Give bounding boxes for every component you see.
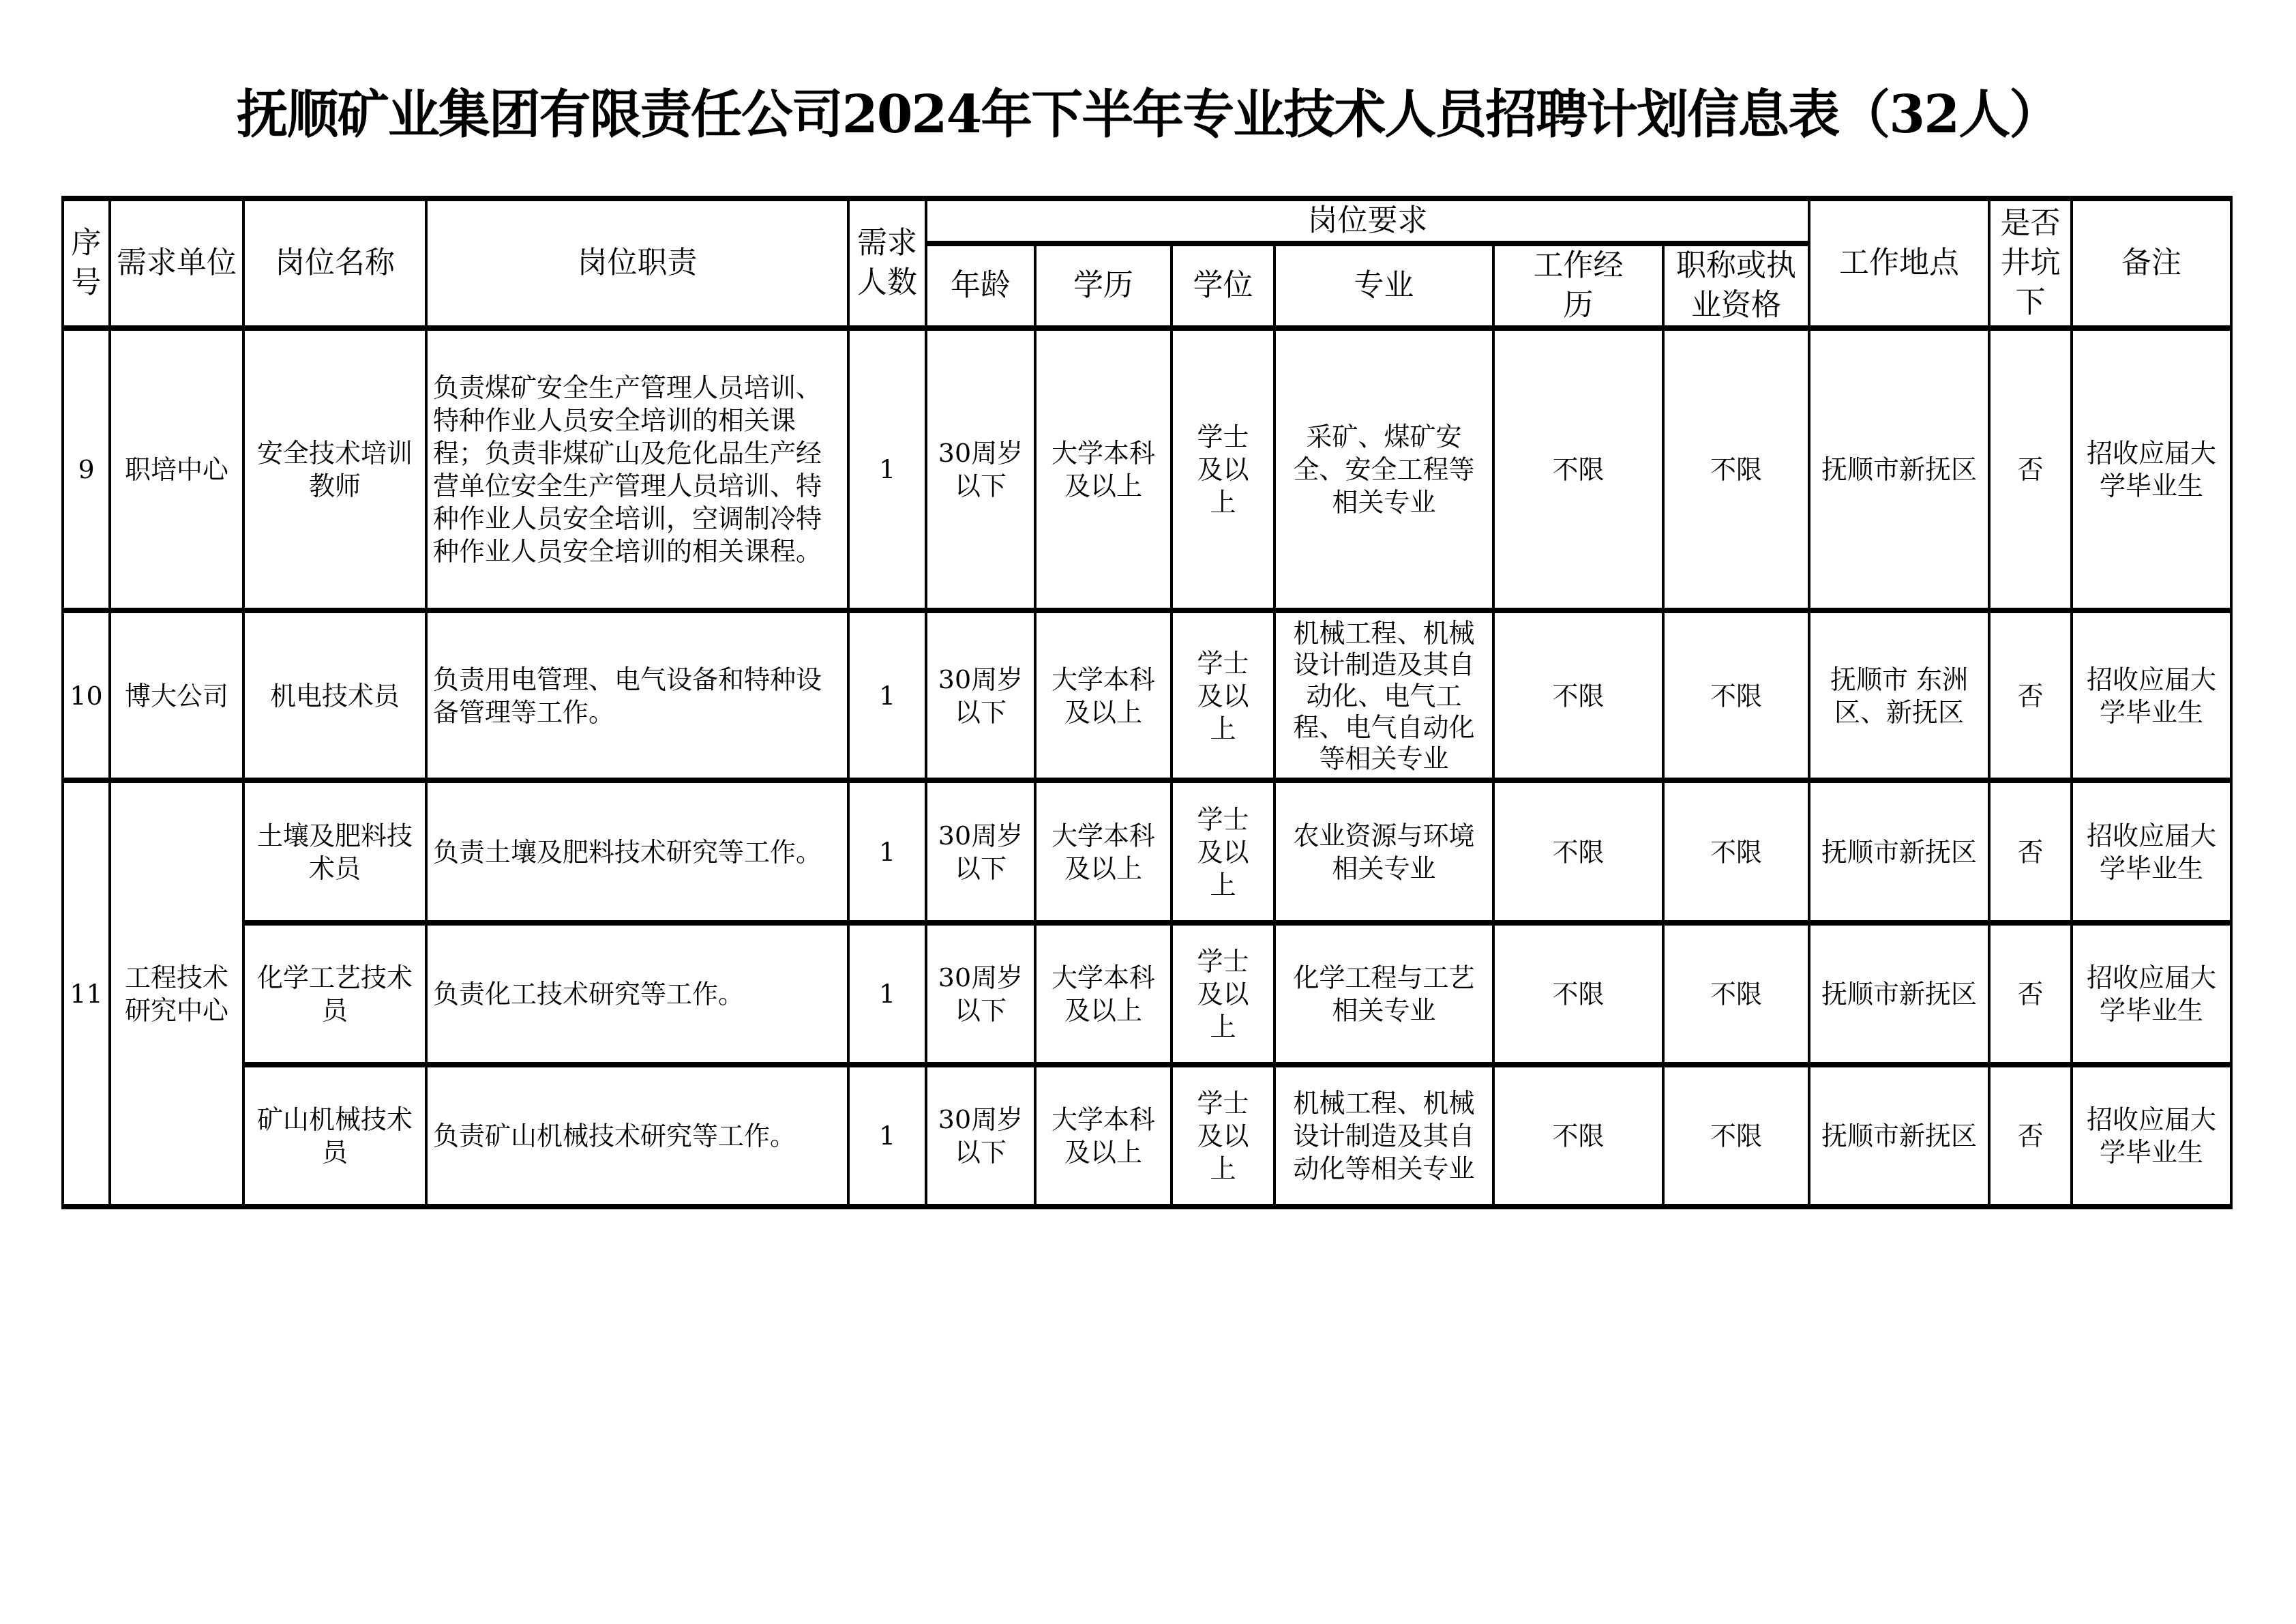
cell-experience: 不限 bbox=[1493, 610, 1663, 780]
cell-duties: 负责煤矿安全生产管理人员培训、特种作业人员安全培训的相关课程；负责非煤矿山及危化… bbox=[426, 328, 848, 610]
cell-unit: 博大公司 bbox=[110, 610, 243, 780]
cell-qualification: 不限 bbox=[1663, 328, 1809, 610]
header-age: 年龄 bbox=[926, 243, 1035, 328]
header-duties: 岗位职责 bbox=[426, 198, 848, 328]
cell-education: 大学本科及以上 bbox=[1035, 923, 1172, 1065]
cell-position: 机电技术员 bbox=[243, 610, 426, 780]
cell-position: 安全技术培训教师 bbox=[243, 328, 426, 610]
cell-experience: 不限 bbox=[1493, 328, 1663, 610]
cell-qualification: 不限 bbox=[1663, 1065, 1809, 1207]
cell-location: 抚顺市新抚区 bbox=[1809, 328, 1989, 610]
header-count: 需求人数 bbox=[848, 198, 926, 328]
cell-location: 抚顺市 东洲区、新抚区 bbox=[1809, 610, 1989, 780]
cell-qualification: 不限 bbox=[1663, 923, 1809, 1065]
cell-qualification: 不限 bbox=[1663, 780, 1809, 923]
table-row: 矿山机械技术员 负责矿山机械技术研究等工作。 1 30周岁以下 大学本科及以上 … bbox=[63, 1065, 2231, 1207]
cell-duties: 负责用电管理、电气设备和特种设备管理等工作。 bbox=[426, 610, 848, 780]
cell-count: 1 bbox=[848, 610, 926, 780]
header-remarks: 备注 bbox=[2072, 198, 2231, 328]
cell-degree: 学士及以上 bbox=[1172, 1065, 1274, 1207]
cell-remarks: 招收应届大学毕业生 bbox=[2072, 780, 2231, 923]
cell-location: 抚顺市新抚区 bbox=[1809, 780, 1989, 923]
header-unit: 需求单位 bbox=[110, 198, 243, 328]
cell-major: 机械工程、机械设计制造及其自动化等相关专业 bbox=[1274, 1065, 1493, 1207]
cell-underground: 否 bbox=[1989, 780, 2072, 923]
cell-age: 30周岁以下 bbox=[926, 923, 1035, 1065]
cell-count: 1 bbox=[848, 1065, 926, 1207]
cell-position: 矿山机械技术员 bbox=[243, 1065, 426, 1207]
cell-degree: 学士及以上 bbox=[1172, 610, 1274, 780]
cell-age: 30周岁以下 bbox=[926, 328, 1035, 610]
cell-degree: 学士及以上 bbox=[1172, 328, 1274, 610]
table-row: 化学工艺技术员 负责化工技术研究等工作。 1 30周岁以下 大学本科及以上 学士… bbox=[63, 923, 2231, 1065]
cell-underground: 否 bbox=[1989, 328, 2072, 610]
cell-count: 1 bbox=[848, 328, 926, 610]
cell-position: 土壤及肥料技术员 bbox=[243, 780, 426, 923]
cell-remarks: 招收应届大学毕业生 bbox=[2072, 1065, 2231, 1207]
document-title: 抚顺矿业集团有限责任公司2024年下半年专业技术人员招聘计划信息表（32人） bbox=[0, 80, 2296, 149]
cell-seq: 10 bbox=[63, 610, 110, 780]
table-row: 10 博大公司 机电技术员 负责用电管理、电气设备和特种设备管理等工作。 1 3… bbox=[63, 610, 2231, 780]
header-qualification: 职称或执业资格 bbox=[1663, 243, 1809, 328]
cell-count: 1 bbox=[848, 780, 926, 923]
header-requirements-group: 岗位要求 bbox=[926, 198, 1809, 243]
cell-major: 农业资源与环境相关专业 bbox=[1274, 780, 1493, 923]
header-underground: 是否井坑下 bbox=[1989, 198, 2072, 328]
cell-degree: 学士及以上 bbox=[1172, 780, 1274, 923]
cell-age: 30周岁以下 bbox=[926, 610, 1035, 780]
cell-remarks: 招收应届大学毕业生 bbox=[2072, 610, 2231, 780]
cell-underground: 否 bbox=[1989, 923, 2072, 1065]
cell-education: 大学本科及以上 bbox=[1035, 328, 1172, 610]
cell-major: 采矿、煤矿安全、安全工程等相关专业 bbox=[1274, 328, 1493, 610]
cell-education: 大学本科及以上 bbox=[1035, 1065, 1172, 1207]
cell-unit: 工程技术研究中心 bbox=[110, 780, 243, 1207]
cell-position: 化学工艺技术员 bbox=[243, 923, 426, 1065]
table-row: 9 职培中心 安全技术培训教师 负责煤矿安全生产管理人员培训、特种作业人员安全培… bbox=[63, 328, 2231, 610]
header-location: 工作地点 bbox=[1809, 198, 1989, 328]
cell-duties: 负责化工技术研究等工作。 bbox=[426, 923, 848, 1065]
table-row: 11 工程技术研究中心 土壤及肥料技术员 负责土壤及肥料技术研究等工作。 1 3… bbox=[63, 780, 2231, 923]
header-experience: 工作经历 bbox=[1493, 243, 1663, 328]
cell-location: 抚顺市新抚区 bbox=[1809, 923, 1989, 1065]
cell-count: 1 bbox=[848, 923, 926, 1065]
cell-duties: 负责矿山机械技术研究等工作。 bbox=[426, 1065, 848, 1207]
cell-location: 抚顺市新抚区 bbox=[1809, 1065, 1989, 1207]
cell-duties: 负责土壤及肥料技术研究等工作。 bbox=[426, 780, 848, 923]
cell-remarks: 招收应届大学毕业生 bbox=[2072, 328, 2231, 610]
cell-experience: 不限 bbox=[1493, 923, 1663, 1065]
cell-remarks: 招收应届大学毕业生 bbox=[2072, 923, 2231, 1065]
cell-experience: 不限 bbox=[1493, 780, 1663, 923]
cell-education: 大学本科及以上 bbox=[1035, 610, 1172, 780]
cell-unit: 职培中心 bbox=[110, 328, 243, 610]
cell-age: 30周岁以下 bbox=[926, 780, 1035, 923]
cell-major: 机械工程、机械设计制造及其自动化、电气工程、电气自动化等相关专业 bbox=[1274, 610, 1493, 780]
header-degree: 学位 bbox=[1172, 243, 1274, 328]
header-seq: 序号 bbox=[63, 198, 110, 328]
cell-underground: 否 bbox=[1989, 1065, 2072, 1207]
cell-major: 化学工程与工艺相关专业 bbox=[1274, 923, 1493, 1065]
header-position: 岗位名称 bbox=[243, 198, 426, 328]
recruitment-table: 序号 需求单位 岗位名称 岗位职责 需求人数 岗位要求 工作地点 是否井坑下 备… bbox=[61, 196, 2233, 1209]
cell-education: 大学本科及以上 bbox=[1035, 780, 1172, 923]
header-major: 专业 bbox=[1274, 243, 1493, 328]
cell-qualification: 不限 bbox=[1663, 610, 1809, 780]
header-education: 学历 bbox=[1035, 243, 1172, 328]
cell-degree: 学士及以上 bbox=[1172, 923, 1274, 1065]
cell-experience: 不限 bbox=[1493, 1065, 1663, 1207]
cell-seq: 9 bbox=[63, 328, 110, 610]
cell-age: 30周岁以下 bbox=[926, 1065, 1035, 1207]
cell-underground: 否 bbox=[1989, 610, 2072, 780]
cell-seq: 11 bbox=[63, 780, 110, 1207]
